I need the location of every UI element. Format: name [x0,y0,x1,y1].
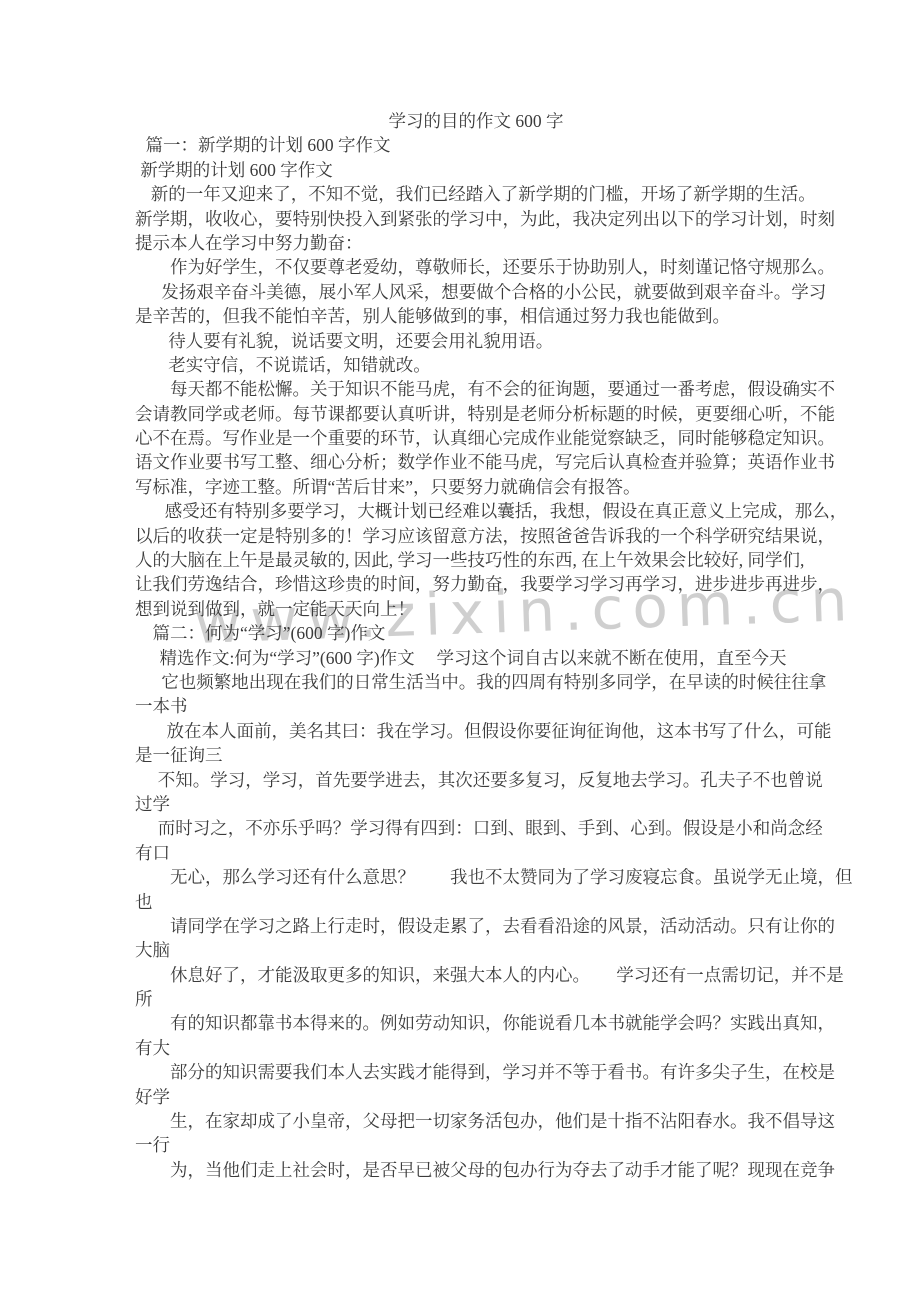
text-line: 也 [135,890,825,914]
text-line: 有口 [135,841,825,865]
text-line: 它也频繁地出现在我们的日常生活当中。我的四周有特别多同学，在早读的时候往往拿 [135,670,825,694]
text-line: 发扬艰辛奋斗美德，展小军人风采，想要做个合格的小公民，就要做到艰辛奋斗。学习 [135,280,825,304]
text-line: 作为好学生，不仅要尊老爱幼，尊敬师长，还要乐于协助别人，时刻谨记恪守规那么。 [135,255,825,279]
text-line: 新的一年又迎来了，不知不觉，我们已经踏入了新学期的门槛，开场了新学期的生活。 [135,182,825,206]
text-line: 语文作业要书写工整、细心分析；数学作业不能马虎，写完后认真检查并验算；英语作业书 [135,450,825,474]
text-line: 有大 [135,1036,825,1060]
text-line: 感受还有特别多要学习，大概计划已经难以囊括，我想，假设在真正意义上完成，那么， [135,499,825,523]
text-line: 待人要有礼貌，说话要文明，还要会用礼貌用语。 [135,329,825,353]
text-line: 是一征询三 [135,743,825,767]
document-title: 学习的目的作文 600 字 [135,109,817,133]
text-line: 放在本人面前，美名其曰：我在学习。但假设你要征询征询他，这本书写了什么，可能 [135,719,825,743]
text-line: 休息好了，才能汲取更多的知识，来强大本人的内心。 学习还有一点需切记，并不是 [135,963,825,987]
text-line: 会请教同学或老师。每节课都要认真听讲，特别是老师分析标题的时候，更要细心听，不能 [135,402,825,426]
text-line: 人的大脑在上午是最灵敏的, 因此, 学习一些技巧性的东西, 在上午效果会比较好,… [135,548,825,572]
text-line: 篇一：新学期的计划 600 字作文 [135,133,825,157]
text-line: 生，在家却成了小皇帝，父母把一切家务活包办，他们是十指不沾阳春水。我不倡导这 [135,1109,825,1133]
text-line: 想到说到做到，就一定能天天向上！ [135,597,825,621]
text-line: 所 [135,987,825,1011]
text-line: 不知。学习，学习，首先要学进去，其次还要多复习，反复地去学习。孔夫子不也曾说 [135,768,825,792]
text-line: 大脑 [135,938,825,962]
document-page: www.zixin.com.cn 学习的目的作文 600 字 篇一：新学期的计划… [0,0,920,1302]
text-line: 新学期，收收心，要特别快投入到紧张的学习中，为此，我决定列出以下的学习计划，时刻 [135,207,825,231]
text-line: 过学 [135,792,825,816]
text-line: 为，当他们走上社会时，是否早已被父母的包办行为夺去了动手才能了呢？现现在竞争 [135,1158,825,1182]
text-line: 心不在焉。写作业是一个重要的环节，认真细心完成作业能觉察缺乏，同时能够稳定知识。 [135,426,825,450]
text-line: 无心，那么学习还有什么意思？ 我也不太赞同为了学习废寝忘食。虽说学无止境，但 [135,865,825,889]
text-line: 新学期的计划 600 字作文 [135,158,825,182]
text-line: 以后的收获一定是特别多的！学习应该留意方法，按照爸爸告诉我的一个科学研究结果说， [135,524,825,548]
text-line: 写标准，字迹工整。所谓“苦后甘来”，只要努力就确信会有报答。 [135,475,825,499]
text-line: 好学 [135,1085,825,1109]
text-line: 一本书 [135,694,825,718]
text-line: 篇二：何为“学习”(600 字)作文 [135,621,825,645]
lines-container: 篇一：新学期的计划 600 字作文新学期的计划 600 字作文新的一年又迎来了，… [135,133,825,1182]
text-line: 部分的知识需要我们本人去实践才能得到，学习并不等于看书。有许多尖子生，在校是 [135,1060,825,1084]
text-line: 而时习之，不亦乐乎吗？学习得有四到：口到、眼到、手到、心到。假设是小和尚念经 [135,816,825,840]
text-line: 有的知识都靠书本得来的。例如劳动知识，你能说看几本书就能学会吗？实践出真知， [135,1011,825,1035]
text-line: 一行 [135,1133,825,1157]
text-line: 请同学在学习之路上行走时，假设走累了，去看看沿途的风景，活动活动。只有让你的 [135,914,825,938]
text-line: 让我们劳逸结合，珍惜这珍贵的时间，努力勤奋，我要学习学习再学习，进步进步再进步， [135,572,825,596]
text-line: 是辛苦的，但我不能怕辛苦，别人能够做到的事，相信通过努力我也能做到。 [135,304,825,328]
document-body: 学习的目的作文 600 字 篇一：新学期的计划 600 字作文新学期的计划 60… [135,109,825,1182]
text-line: 老实守信，不说谎话，知错就改。 [135,353,825,377]
text-line: 提示本人在学习中努力勤奋： [135,231,825,255]
text-line: 每天都不能松懈。关于知识不能马虎，有不会的征询题，要通过一番考虑，假设确实不 [135,377,825,401]
text-line: 精选作文:何为“学习”(600 字)作文 学习这个词自古以来就不断在使用，直至今… [135,646,825,670]
